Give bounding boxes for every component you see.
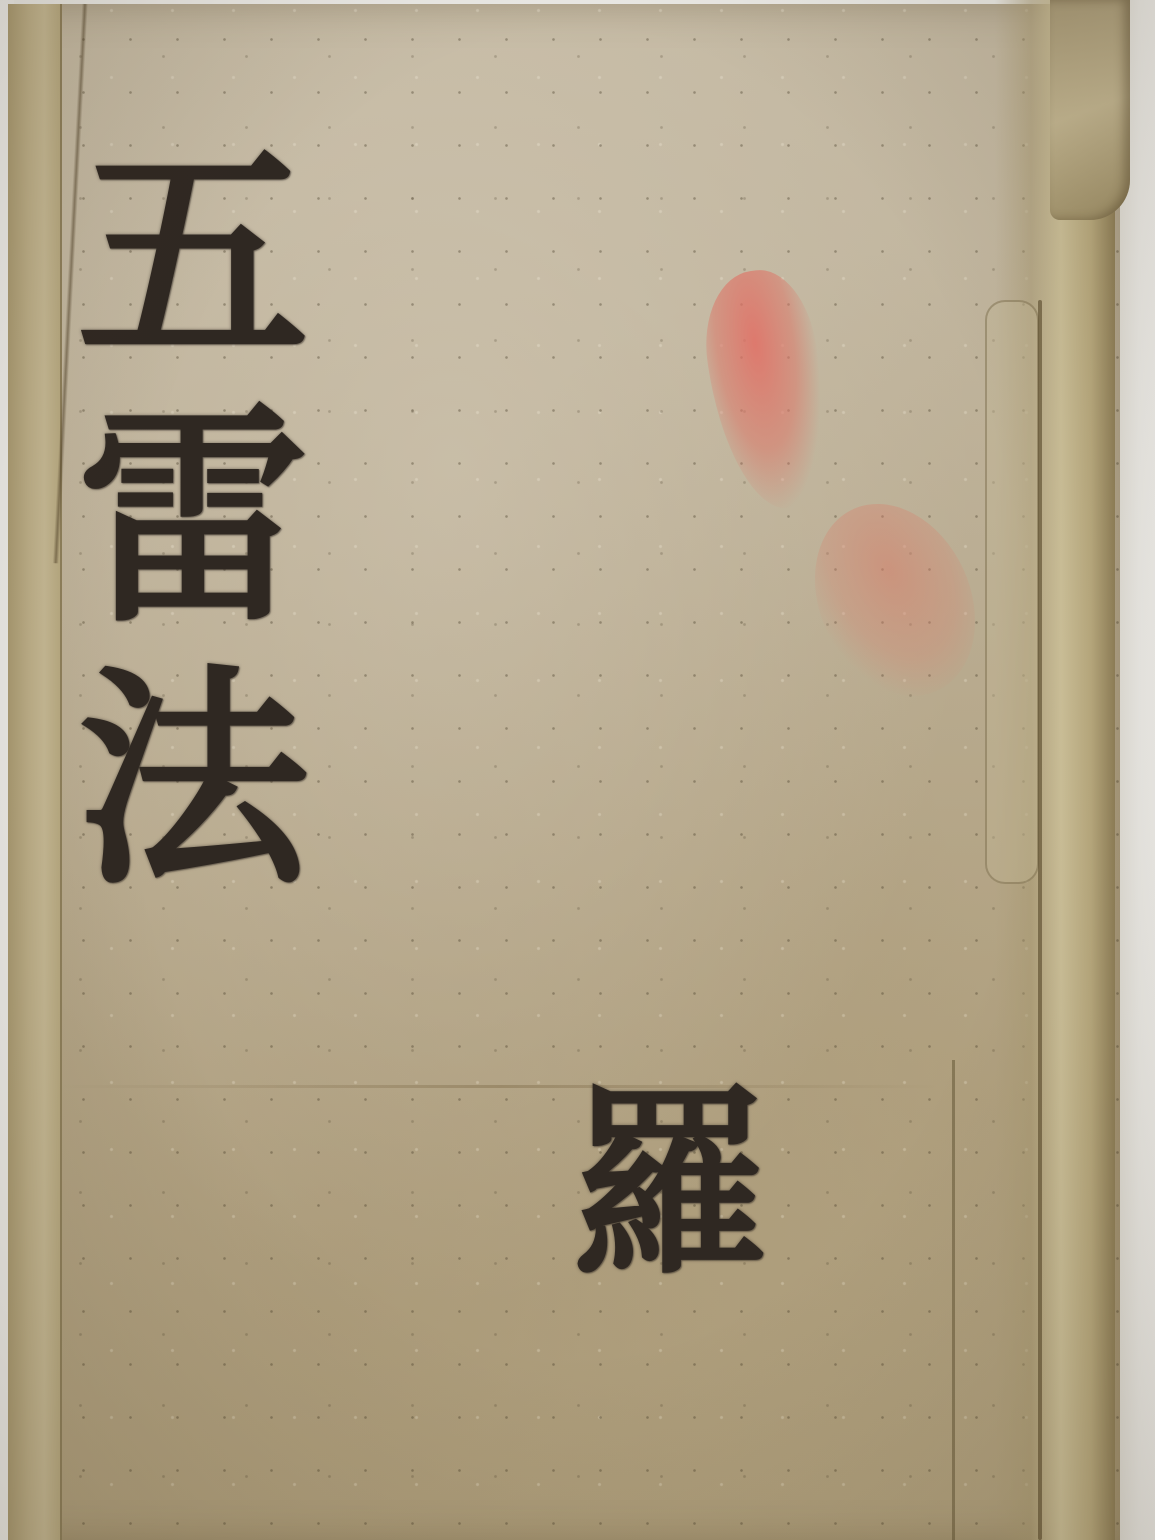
title-char-3: 法 — [77, 664, 309, 926]
backdrop-right — [1115, 0, 1155, 1540]
title-char-1: 五 — [77, 140, 309, 402]
cover-title-column: 五 雷 法 — [58, 140, 328, 926]
horizontal-fold-line — [60, 1085, 940, 1088]
photo-scene: 五 雷 法 羅 — [0, 0, 1155, 1540]
right-crease-secondary — [952, 1060, 955, 1540]
title-char-2: 雷 — [77, 402, 309, 664]
right-crease — [1038, 300, 1042, 1540]
right-paper-strip — [985, 300, 1039, 884]
secondary-char-1: 羅 — [570, 1085, 770, 1385]
secondary-title-column: 羅 — [560, 1085, 780, 1540]
top-right-binding-wrap — [1050, 0, 1130, 220]
left-folded-margin — [8, 4, 62, 1540]
